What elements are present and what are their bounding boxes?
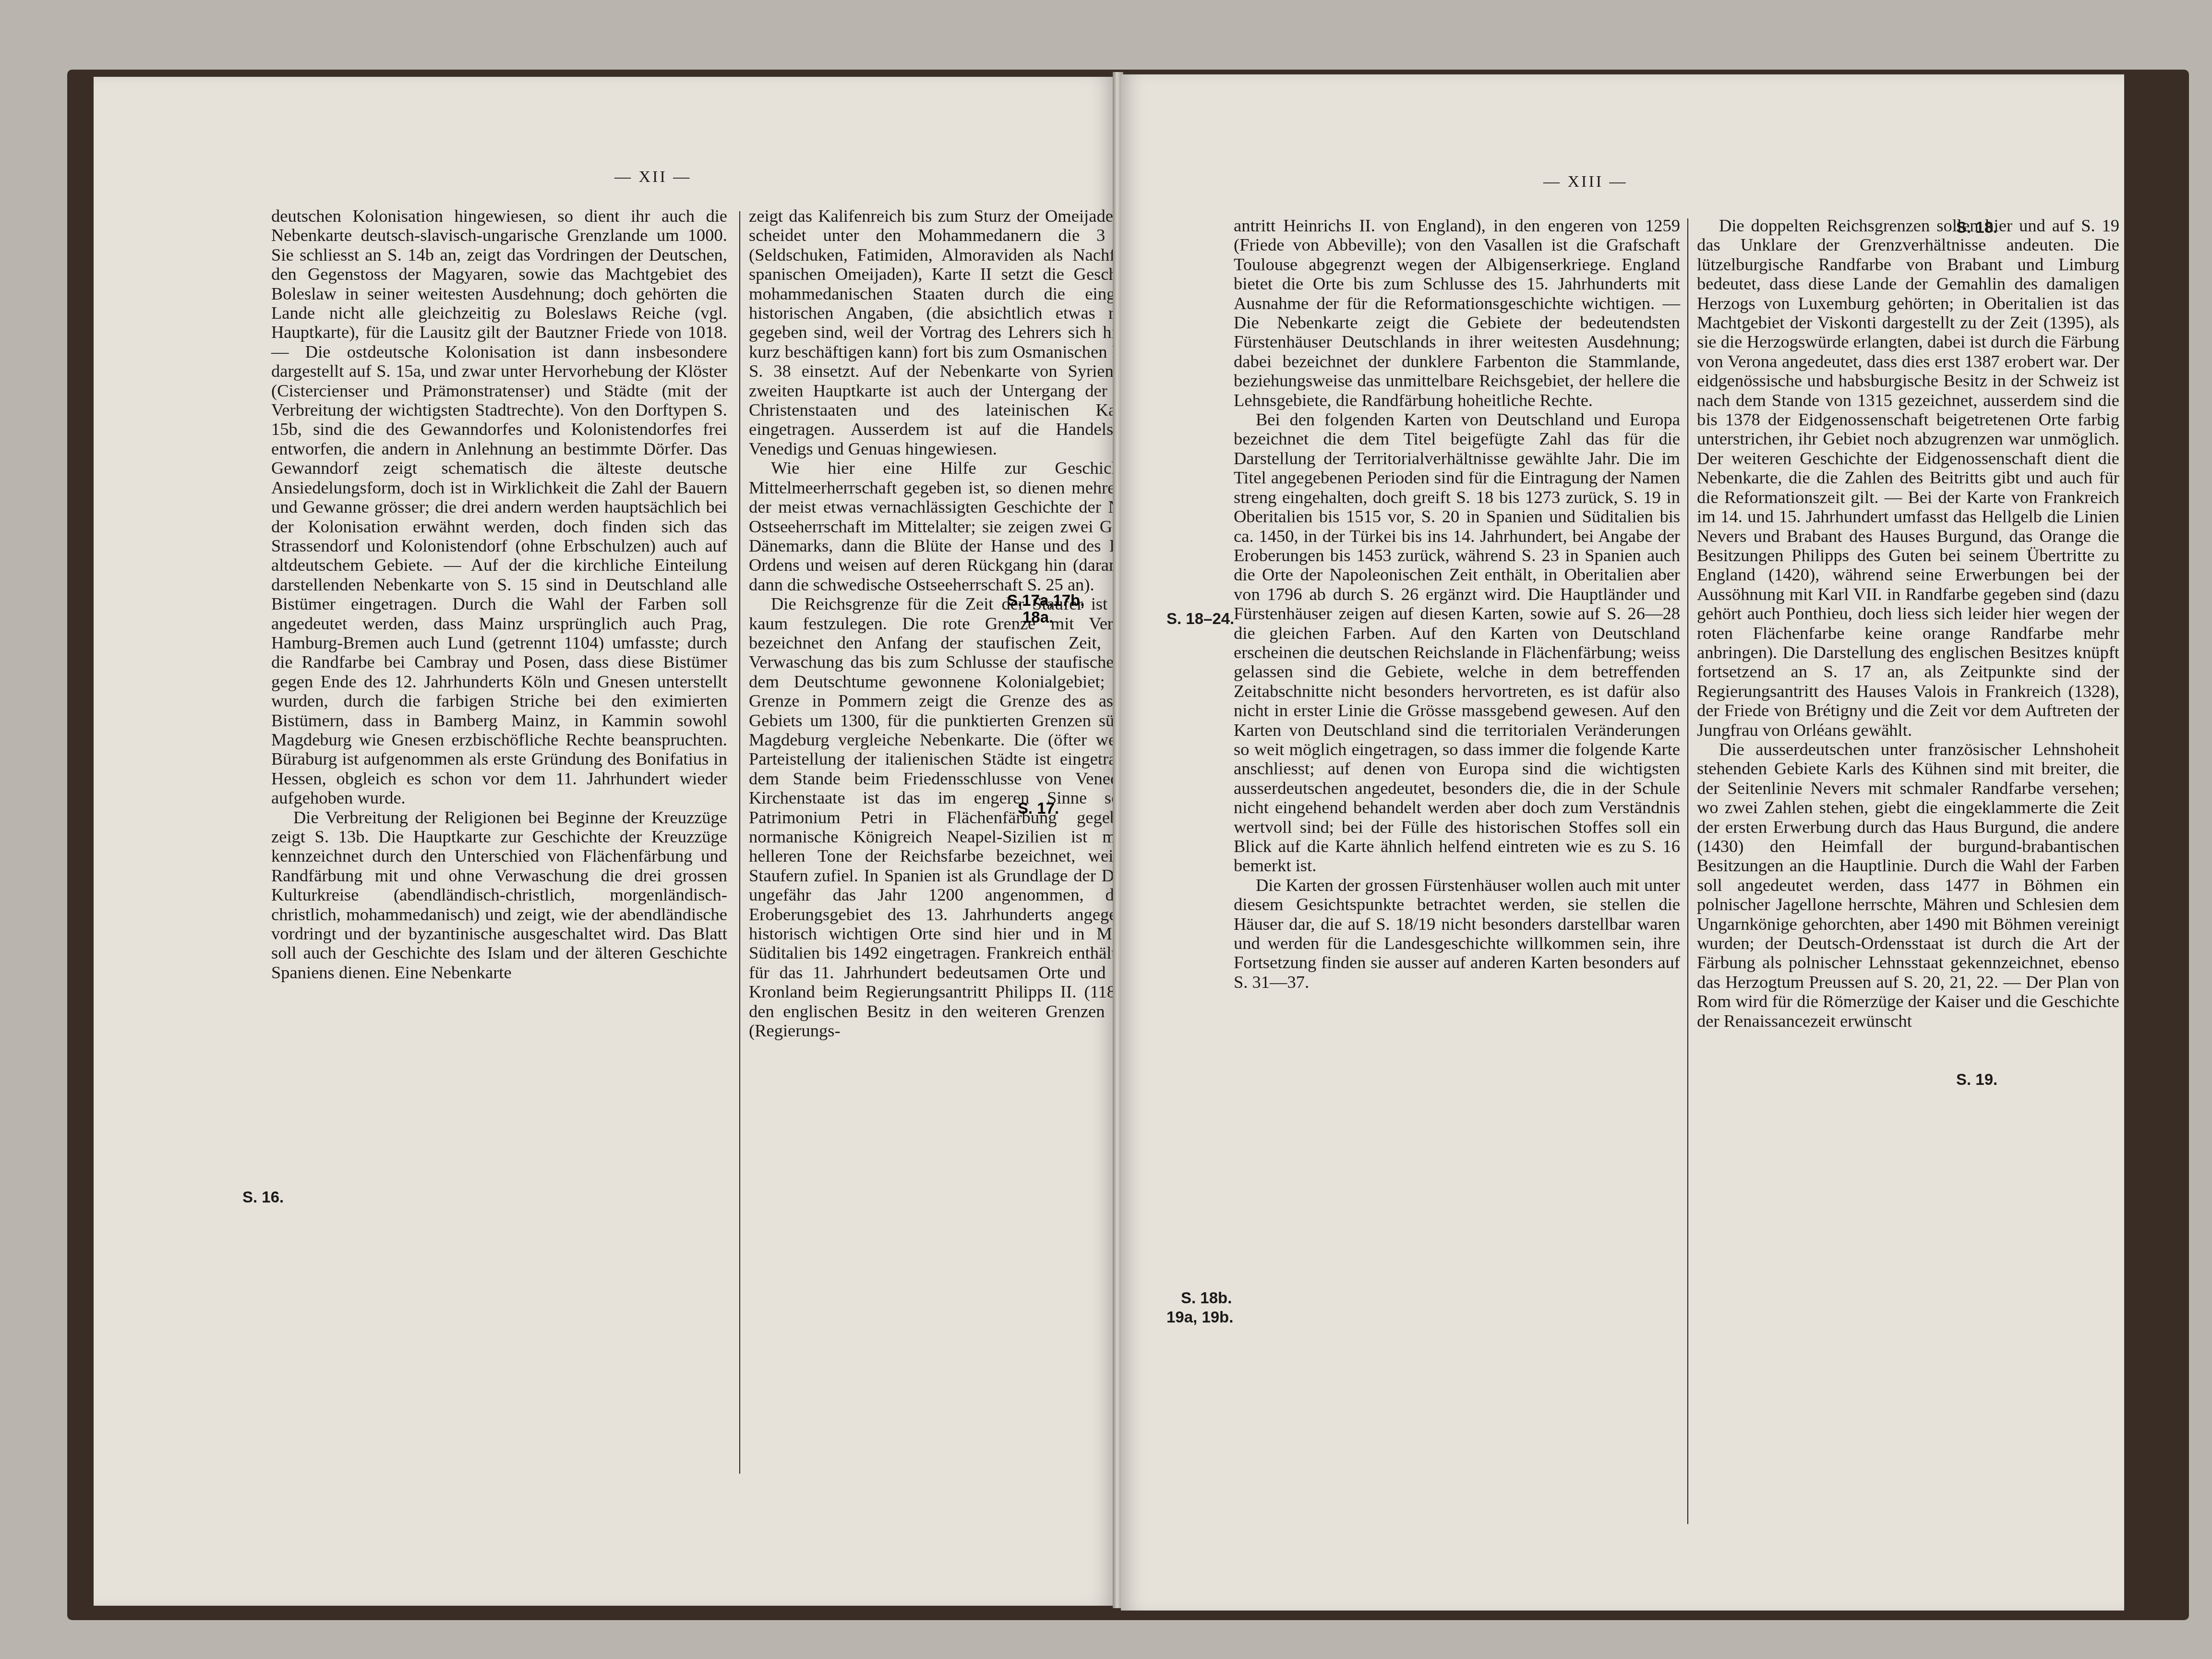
- paragraph: deutschen Kolonisation hingewiesen, so d…: [271, 206, 727, 808]
- right-column-2: Die doppelten Reichsgrenzen sollen hier …: [1697, 216, 2119, 1031]
- paragraph: Die ausserdeutschen unter französischer …: [1697, 740, 2119, 1031]
- margin-note-s18a: 18a.: [1022, 608, 1053, 626]
- margin-note-s19ab: 19a, 19b.: [1166, 1308, 1233, 1326]
- left-page: — XII — deutschen Kolonisation hingewies…: [94, 77, 1114, 1606]
- page-number-xii: — XII —: [614, 168, 691, 186]
- margin-note-s17: S. 17.: [1018, 799, 1059, 817]
- margin-note-s18: S. 18.: [1956, 218, 1997, 237]
- column-rule: [739, 211, 740, 1474]
- paragraph: Die doppelten Reichsgrenzen sollen hier …: [1697, 216, 2119, 740]
- paragraph: Die Karten der grossen Fürstenhäuser wol…: [1234, 876, 1680, 992]
- margin-note-s18-24: S. 18–24.: [1166, 610, 1234, 628]
- paragraph: antritt Heinrichs II. von England), in d…: [1234, 216, 1680, 410]
- margin-note-s17a: S.17a,17b,: [1007, 591, 1084, 610]
- column-rule: [1687, 218, 1688, 1524]
- paragraph: Bei den folgenden Karten von Deutschland…: [1234, 410, 1680, 876]
- left-column-1: deutschen Kolonisation hingewiesen, so d…: [271, 206, 727, 982]
- paragraph: Die Verbreitung der Religionen bei Begin…: [271, 808, 727, 983]
- right-column-1: antritt Heinrichs II. von England), in d…: [1234, 216, 1680, 992]
- page-number-xiii: — XIII —: [1543, 173, 1628, 191]
- margin-note-s18b: S. 18b.: [1181, 1289, 1232, 1307]
- right-page: — XIII — antritt Heinrichs II. von Engla…: [1121, 74, 2124, 1611]
- margin-note-s19: S. 19.: [1956, 1070, 1997, 1089]
- margin-note-s16: S. 16.: [242, 1188, 284, 1206]
